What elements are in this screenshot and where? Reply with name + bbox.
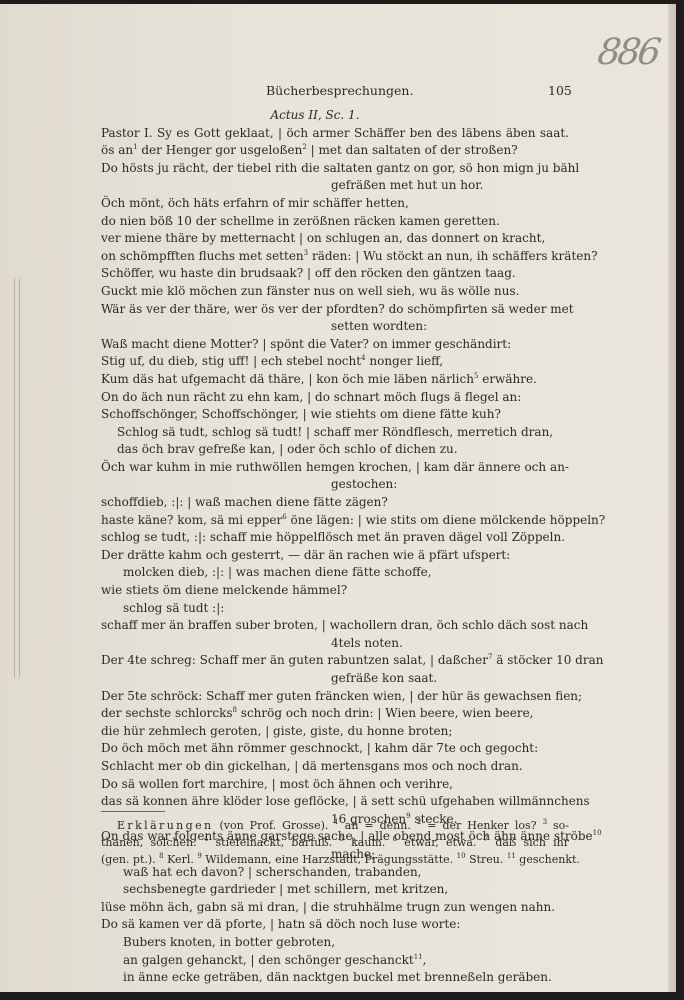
footnote-line: Erklärungen (von Prof. Grosse). 1 an = d… — [101, 817, 569, 834]
text-line: schlog sä tudt :|: — [101, 600, 569, 618]
text-line: Do sä kamen ver dä pforte, | hatn sä döc… — [101, 916, 569, 934]
text-line: schlog se tudt, :|: schaff mie höppelflö… — [101, 529, 569, 547]
footnote-marker: 2 — [417, 818, 421, 826]
handwritten-page-number: 886 — [595, 32, 660, 73]
text-line: Der drätte kahm och gesterrt, — där än r… — [101, 547, 569, 565]
footnote-marker: 5 — [339, 835, 343, 843]
footnote-marker: 11 — [414, 953, 423, 961]
text-line: die hür zehmlech geroten, | giste, giste… — [101, 723, 569, 741]
footnote-marker: 10 — [593, 829, 602, 837]
text-line: der sechste schlorcks8 schrög och noch d… — [101, 705, 569, 723]
page-edge — [668, 4, 676, 992]
text-line: gestochen: — [101, 476, 569, 494]
text-line: Öch mönt, öch häts erfahrn of mir schäff… — [101, 195, 569, 213]
footnote-marker: 7 — [488, 653, 492, 661]
text-line: gefräßen met hut un hor. — [101, 177, 569, 195]
text-line: Do hösts ju rächt, der tiebel rith die s… — [101, 160, 569, 178]
text-line: haste käne? kom, sä mi epper6 öne lägen:… — [101, 512, 569, 530]
footnote-marker: 5 — [474, 372, 478, 380]
text-line: das öch brav gefreße kan, | oder öch sch… — [101, 441, 569, 459]
text-line: lüse möhn äch, gabn sä mi dran, | die st… — [101, 899, 569, 917]
text-line: Guckt mie klö möchen zun fänster nus on … — [101, 283, 569, 301]
margin-mark — [14, 278, 20, 678]
text-line: Waß macht diene Motter? | spönt die Vate… — [101, 336, 569, 354]
footnote-marker: 10 — [457, 852, 466, 860]
text-line: wie stiets öm diene melckende hämmel? — [101, 582, 569, 600]
text-line: On do äch nun rächt zu ehn kam, | do sch… — [101, 389, 569, 407]
text-line: Pastor I. Sy es Gott geklaat, | öch arme… — [101, 125, 569, 143]
text-line: Schlog sä tudt, schlog sä tudt! | schaff… — [101, 424, 569, 442]
footnote-marker: 1 — [334, 818, 338, 826]
footnote-label: Erklärungen — [117, 819, 214, 832]
text-line: molcken dieb, :|: | was machen diene fät… — [101, 564, 569, 582]
text-line: setten wordten: — [101, 318, 569, 336]
text-line: in änne ecke geträben, dän nacktgen buck… — [101, 969, 569, 987]
text-line: an galgen gehanckt, | den schönger gesch… — [101, 952, 569, 970]
footnote-marker: 8 — [233, 706, 237, 714]
footnote-marker: 4 — [361, 354, 365, 362]
footnote-marker: 6 — [393, 835, 397, 843]
page-number: 105 — [548, 83, 572, 98]
footnote-line: thanen, solchen. 4 stiefelnackt, barfuß.… — [101, 834, 569, 851]
text-line: Bubers knoten, in botter gebroten, — [101, 934, 569, 952]
footnote-marker: 3 — [543, 818, 547, 826]
text-line: Do öch möch met ähn römmer geschnockt, |… — [101, 740, 569, 758]
footnote-rule — [101, 811, 165, 812]
footnote-marker: 6 — [282, 513, 286, 521]
footnotes: Erklärungen (von Prof. Grosse). 1 an = d… — [101, 817, 569, 868]
footnote-marker: 11 — [507, 852, 516, 860]
scene-heading: Actus II, Sc. 1. — [101, 107, 569, 125]
text-line: Wär äs ver der thäre, wer ös ver der pfo… — [101, 301, 569, 319]
text-line: das sä konnen ähre klöder lose geflöcke,… — [101, 793, 569, 811]
text-line: Kum däs hat ufgemacht dä thäre, | kon öc… — [101, 371, 569, 389]
text-line: Schoffschönger, Schoffschönger, | wie st… — [101, 406, 569, 424]
footnote-line: (gen. pt.). 8 Kerl. 9 Wildemann, eine Ha… — [101, 851, 569, 868]
text-line: on schömpfften fluchs met setten3 räden:… — [101, 248, 569, 266]
text-line: schaff mer än braffen suber broten, | wa… — [101, 617, 569, 635]
text-line: ös an1 der Henger gor usgeloßen2 | met d… — [101, 142, 569, 160]
text-line: Der 5te schröck: Schaff mer guten fränck… — [101, 688, 569, 706]
text-line: gefräße kon saat. — [101, 670, 569, 688]
text-line: Stig uf, du dieb, stig uff! | ech stebel… — [101, 353, 569, 371]
footnote-marker: 7 — [484, 835, 488, 843]
footnote-marker: 3 — [304, 249, 308, 257]
footnote-marker: 9 — [197, 852, 201, 860]
text-line: 4tels noten. — [101, 635, 569, 653]
text-line: Do sä wollen fort marchire, | most öch ä… — [101, 776, 569, 794]
text-line: ver miene thäre by metternacht | on schl… — [101, 230, 569, 248]
text-line: Öch war kuhm in mie ruthwöllen hemgen kr… — [101, 459, 569, 477]
footnote-marker: 1 — [133, 143, 137, 151]
text-line: Schlacht mer ob din gickelhan, | dä mert… — [101, 758, 569, 776]
text-line: schoffdieb, :|: | waß machen diene fätte… — [101, 494, 569, 512]
text-line: sechsbenegte gardrieder | met schillern,… — [101, 881, 569, 899]
footnote-marker: 2 — [302, 143, 306, 151]
running-head-title: Bücherbesprechungen. — [266, 83, 413, 98]
footnote-marker: 8 — [159, 852, 163, 860]
footnote-marker: 4 — [204, 835, 208, 843]
text-line: do nien böß 10 der schellme in zerößnen … — [101, 213, 569, 231]
text-line: Schöffer, wu haste din brudsaak? | off d… — [101, 265, 569, 283]
text-line: Der 4te schreg: Schaff mer än guten rabu… — [101, 652, 569, 670]
